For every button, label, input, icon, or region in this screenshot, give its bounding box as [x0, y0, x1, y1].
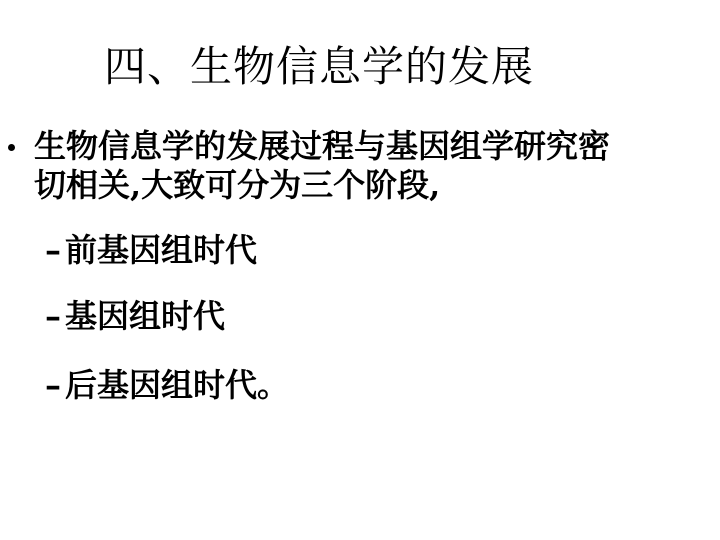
- sub-bullet-label: 前基因组时代: [65, 231, 257, 269]
- dash-marker-icon: –: [45, 231, 61, 269]
- bullet-text: 生物信息学的发展过程与基因组学研究密 切相关,大致可分为三个阶段,: [34, 127, 634, 205]
- bullet-line-2: 切相关,大致可分为三个阶段,: [34, 166, 634, 205]
- slide-title: 四、生物信息学的发展: [104, 42, 534, 92]
- bullet-dot-icon: [8, 144, 15, 151]
- bullet-line-1: 生物信息学的发展过程与基因组学研究密: [34, 127, 634, 166]
- presentation-slide: 四、生物信息学的发展 生物信息学的发展过程与基因组学研究密 切相关,大致可分为三…: [0, 0, 720, 540]
- sub-bullet-item: – 前基因组时代: [45, 231, 257, 269]
- sub-bullet-label: 基因组时代: [65, 297, 225, 335]
- sub-bullet-item: – 后基因组时代。: [45, 366, 289, 404]
- sub-bullet-label: 后基因组时代。: [65, 366, 289, 404]
- sub-bullet-item: – 基因组时代: [45, 297, 225, 335]
- dash-marker-icon: –: [45, 366, 61, 404]
- bullet-item: 生物信息学的发展过程与基因组学研究密 切相关,大致可分为三个阶段,: [8, 127, 634, 205]
- dash-marker-icon: –: [45, 297, 61, 335]
